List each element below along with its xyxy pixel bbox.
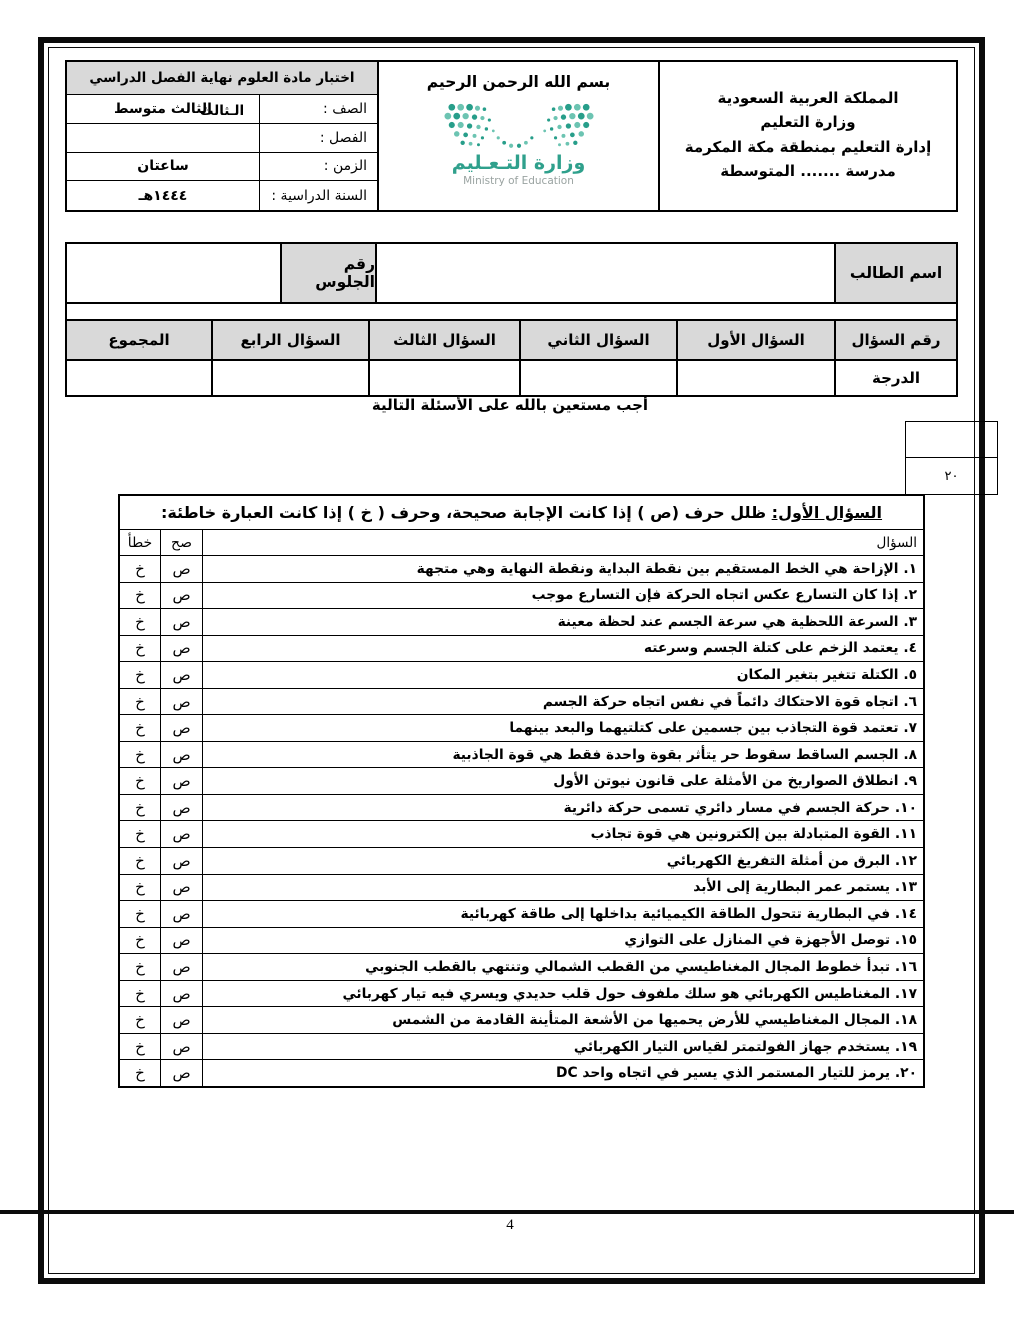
question-row: ٢. إذا كان التسارع عكس اتجاه الحركة فإن … [120, 583, 923, 610]
question-row: ١١. القوة المتبادلة بين إلكترونين هي قوة… [120, 821, 923, 848]
false-option[interactable]: خ [120, 715, 160, 741]
question-text: ١٤. في البطارية تتحول الطاقة الكيميائية … [202, 901, 923, 927]
score-summary-table: رقم السؤال السؤال الأول السؤال الثاني ال… [65, 319, 958, 397]
student-name-label: اسم الطالب [834, 244, 956, 302]
false-option[interactable]: خ [120, 981, 160, 1007]
page-number: 4 [0, 1217, 1020, 1234]
false-option[interactable]: خ [120, 583, 160, 609]
question-text: ١٢. البرق من أمثلة التفريغ الكهربائي [202, 848, 923, 874]
seat-number-label: رقم الجلوس [280, 244, 375, 302]
exam-title: اختبار مادة العلوم نهاية الفصل الدراسي ا… [67, 62, 377, 95]
false-option[interactable]: خ [120, 636, 160, 662]
question-text: ١٩. يستخدم جهاز الفولتمتر لقياس التيار ا… [202, 1034, 923, 1060]
kingdom-line: المملكة العربية السعودية [660, 86, 956, 110]
true-option[interactable]: ص [160, 556, 202, 582]
true-option[interactable]: ص [160, 768, 202, 794]
true-option[interactable]: ص [160, 636, 202, 662]
instruction-text: أجب مستعين بالله على الأسئلة التالية [0, 396, 1020, 414]
true-option[interactable]: ص [160, 742, 202, 768]
question-row: ١٧. المغناطيس الكهربائي هو سلك ملفوف حول… [120, 981, 923, 1008]
question-text: ٨. الجسم الساقط سقوط حر يتأثر بقوة واحدة… [202, 742, 923, 768]
true-option[interactable]: ص [160, 689, 202, 715]
seat-number-field[interactable] [67, 244, 280, 302]
question-one-title-rest: ظلل حرف (ص ) إذا كانت الإجابة صحيحة، وحر… [161, 503, 772, 522]
false-option[interactable]: خ [120, 954, 160, 980]
student-name-field[interactable] [375, 244, 834, 302]
score-header-q4: السؤال الرابع [211, 321, 368, 359]
score-field-q1[interactable] [676, 361, 834, 395]
q1-rows: ١. الإزاحة هي الخط المستقيم بين نقطة الب… [120, 556, 923, 1086]
false-option[interactable]: خ [120, 556, 160, 582]
score-field-total[interactable] [67, 361, 211, 395]
score-field-q2[interactable] [519, 361, 676, 395]
false-option[interactable]: خ [120, 848, 160, 874]
school-year-label: السنة الدراسية : [259, 181, 377, 210]
question-row: ١٢. البرق من أمثلة التفريغ الكهربائيصخ [120, 848, 923, 875]
question-row: ٦. اتجاه قوة الاحتكاك دائماً في نفس اتجا… [120, 689, 923, 716]
exam-paper-page: المملكة العربية السعودية وزارة التعليم إ… [0, 0, 1020, 1320]
score-header-question-number: رقم السؤال [834, 321, 956, 359]
degree-label: الدرجة [834, 361, 956, 395]
semester-value[interactable] [67, 124, 259, 153]
question-text: ٦. اتجاه قوة الاحتكاك دائماً في نفس اتجا… [202, 689, 923, 715]
student-info-table: اسم الطالب رقم الجلوس [65, 242, 958, 325]
false-option[interactable]: خ [120, 821, 160, 847]
question-text: ٥. الكتلة تتغير بتغير المكان [202, 662, 923, 688]
false-option[interactable]: خ [120, 689, 160, 715]
question-row: ١٥. توصل الأجهزة في المنازل على التوازيص… [120, 928, 923, 955]
column-header-true: صح [160, 530, 202, 555]
true-option[interactable]: ص [160, 609, 202, 635]
question-one-table: السؤال الأول: ظلل حرف (ص ) إذا كانت الإج… [118, 494, 925, 1088]
basmala-logo-block: بسم الله الرحمن الرحيم وزارة التـعـليم [377, 62, 658, 210]
false-option[interactable]: خ [120, 662, 160, 688]
score-field-q4[interactable] [211, 361, 368, 395]
true-option[interactable]: ص [160, 1007, 202, 1033]
false-option[interactable]: خ [120, 768, 160, 794]
question-row: ٥. الكتلة تتغير بتغير المكانصخ [120, 662, 923, 689]
true-option[interactable]: ص [160, 981, 202, 1007]
score-header-total: المجموع [67, 321, 211, 359]
true-option[interactable]: ص [160, 928, 202, 954]
question-row: ٨. الجسم الساقط سقوط حر يتأثر بقوة واحدة… [120, 742, 923, 769]
logo-subtitle: Ministry of Education [379, 175, 658, 187]
question-row: ٧. تعتمد قوة التجاذب بين جسمين على كتلتي… [120, 715, 923, 742]
question-row: ٢٠. يرمز للتيار المستمر الذي يسير في اتج… [120, 1060, 923, 1086]
question-text: ١٥. توصل الأجهزة في المنازل على التوازي [202, 928, 923, 954]
score-header-q1: السؤال الأول [676, 321, 834, 359]
score-header-q2: السؤال الثاني [519, 321, 676, 359]
question-text: ١٦. تبدأ خطوط المجال المغناطيسي من القطب… [202, 954, 923, 980]
question-row: ٣. السرعة اللحظية هي سرعة الجسم عند لحظة… [120, 609, 923, 636]
true-option[interactable]: ص [160, 848, 202, 874]
true-option[interactable]: ص [160, 1034, 202, 1060]
question-text: ١٧. المغناطيس الكهربائي هو سلك ملفوف حول… [202, 981, 923, 1007]
true-option[interactable]: ص [160, 583, 202, 609]
false-option[interactable]: خ [120, 901, 160, 927]
footer-divider [0, 1210, 1014, 1214]
question-text: ١١. القوة المتبادلة بين إلكترونين هي قوة… [202, 821, 923, 847]
education-admin-line: إدارة التعليم بمنطقة مكة المكرمة [660, 135, 956, 159]
question-one-title: السؤال الأول: ظلل حرف (ص ) إذا كانت الإج… [120, 496, 923, 530]
question-text: ٧. تعتمد قوة التجاذب بين جسمين على كتلتي… [202, 715, 923, 741]
question-text: ١٠. حركة الجسم في مسار دائري تسمى حركة د… [202, 795, 923, 821]
false-option[interactable]: خ [120, 609, 160, 635]
score-header-q3: السؤال الثالث [368, 321, 519, 359]
question-row: ١٣. يستمر عمر البطارية إلى الأبدصخ [120, 875, 923, 902]
true-option[interactable]: ص [160, 954, 202, 980]
points-box-total: ٢٠ [906, 458, 997, 494]
ministry-line: وزارة التعليم [660, 110, 956, 134]
column-header-false: خطأ [120, 530, 160, 555]
question-row: ١٩. يستخدم جهاز الفولتمتر لقياس التيار ا… [120, 1034, 923, 1061]
false-option[interactable]: خ [120, 928, 160, 954]
grade-value: الثالث متوسط [67, 95, 259, 124]
false-option[interactable]: خ [120, 1060, 160, 1086]
false-option[interactable]: خ [120, 1007, 160, 1033]
ministry-logo-icon [435, 100, 603, 150]
true-option[interactable]: ص [160, 795, 202, 821]
true-option[interactable]: ص [160, 901, 202, 927]
question-row: ١٦. تبدأ خطوط المجال المغناطيسي من القطب… [120, 954, 923, 981]
question-row: ١. الإزاحة هي الخط المستقيم بين نقطة الب… [120, 556, 923, 583]
question-text: ٢. إذا كان التسارع عكس اتجاه الحركة فإن … [202, 583, 923, 609]
exam-meta-grid: الصف : الثالث متوسط الفصل : الزمن : ساعت… [67, 95, 377, 210]
ministry-info-block: المملكة العربية السعودية وزارة التعليم إ… [658, 62, 956, 210]
true-option[interactable]: ص [160, 1060, 202, 1086]
time-value: ساعتان [67, 153, 259, 182]
points-box-empty-cell[interactable] [906, 422, 997, 458]
score-field-q3[interactable] [368, 361, 519, 395]
question-text: ٣. السرعة اللحظية هي سرعة الجسم عند لحظة… [202, 609, 923, 635]
exam-header-table: المملكة العربية السعودية وزارة التعليم إ… [65, 60, 958, 212]
question-row: ١٨. المجال المغناطيسي للأرض يحميها من ال… [120, 1007, 923, 1034]
true-option[interactable]: ص [160, 715, 202, 741]
time-label: الزمن : [259, 153, 377, 182]
true-option[interactable]: ص [160, 821, 202, 847]
question-row: ٩. انطلاق الصواريخ من الأمثلة على قانون … [120, 768, 923, 795]
false-option[interactable]: خ [120, 1034, 160, 1060]
school-year-value: ١٤٤٤هـ [67, 181, 259, 210]
question-row: ١٠. حركة الجسم في مسار دائري تسمى حركة د… [120, 795, 923, 822]
question-row: ٤. يعتمد الزخم على كتلة الجسم وسرعتهصخ [120, 636, 923, 663]
exam-meta-block: اختبار مادة العلوم نهاية الفصل الدراسي ا… [67, 62, 377, 210]
false-option[interactable]: خ [120, 742, 160, 768]
question-text: ١. الإزاحة هي الخط المستقيم بين نقطة الب… [202, 556, 923, 582]
logo-wordmark: وزارة التـعـليم [379, 152, 658, 174]
false-option[interactable]: خ [120, 875, 160, 901]
true-option[interactable]: ص [160, 875, 202, 901]
question-text: ١٣. يستمر عمر البطارية إلى الأبد [202, 875, 923, 901]
ministry-logo: وزارة التـعـليم Ministry of Education [379, 100, 658, 187]
points-box: ٢٠ [905, 421, 998, 495]
false-option[interactable]: خ [120, 795, 160, 821]
semester-label: الفصل : [259, 124, 377, 153]
question-text: ١٨. المجال المغناطيسي للأرض يحميها من ال… [202, 1007, 923, 1033]
basmala-text: بسم الله الرحمن الرحيم [379, 73, 658, 91]
question-text: ٤. يعتمد الزخم على كتلة الجسم وسرعته [202, 636, 923, 662]
true-option[interactable]: ص [160, 662, 202, 688]
question-table-header: السؤال صح خطأ [120, 530, 923, 556]
question-row: ١٤. في البطارية تتحول الطاقة الكيميائية … [120, 901, 923, 928]
grade-label: الصف : [259, 95, 377, 124]
school-line: مدرسة ....... المتوسطة [660, 159, 956, 183]
question-one-title-lead: السؤال الأول: [772, 503, 882, 522]
question-text: ٩. انطلاق الصواريخ من الأمثلة على قانون … [202, 768, 923, 794]
question-text: ٢٠. يرمز للتيار المستمر الذي يسير في اتج… [202, 1060, 923, 1086]
column-header-question: السؤال [202, 530, 923, 555]
